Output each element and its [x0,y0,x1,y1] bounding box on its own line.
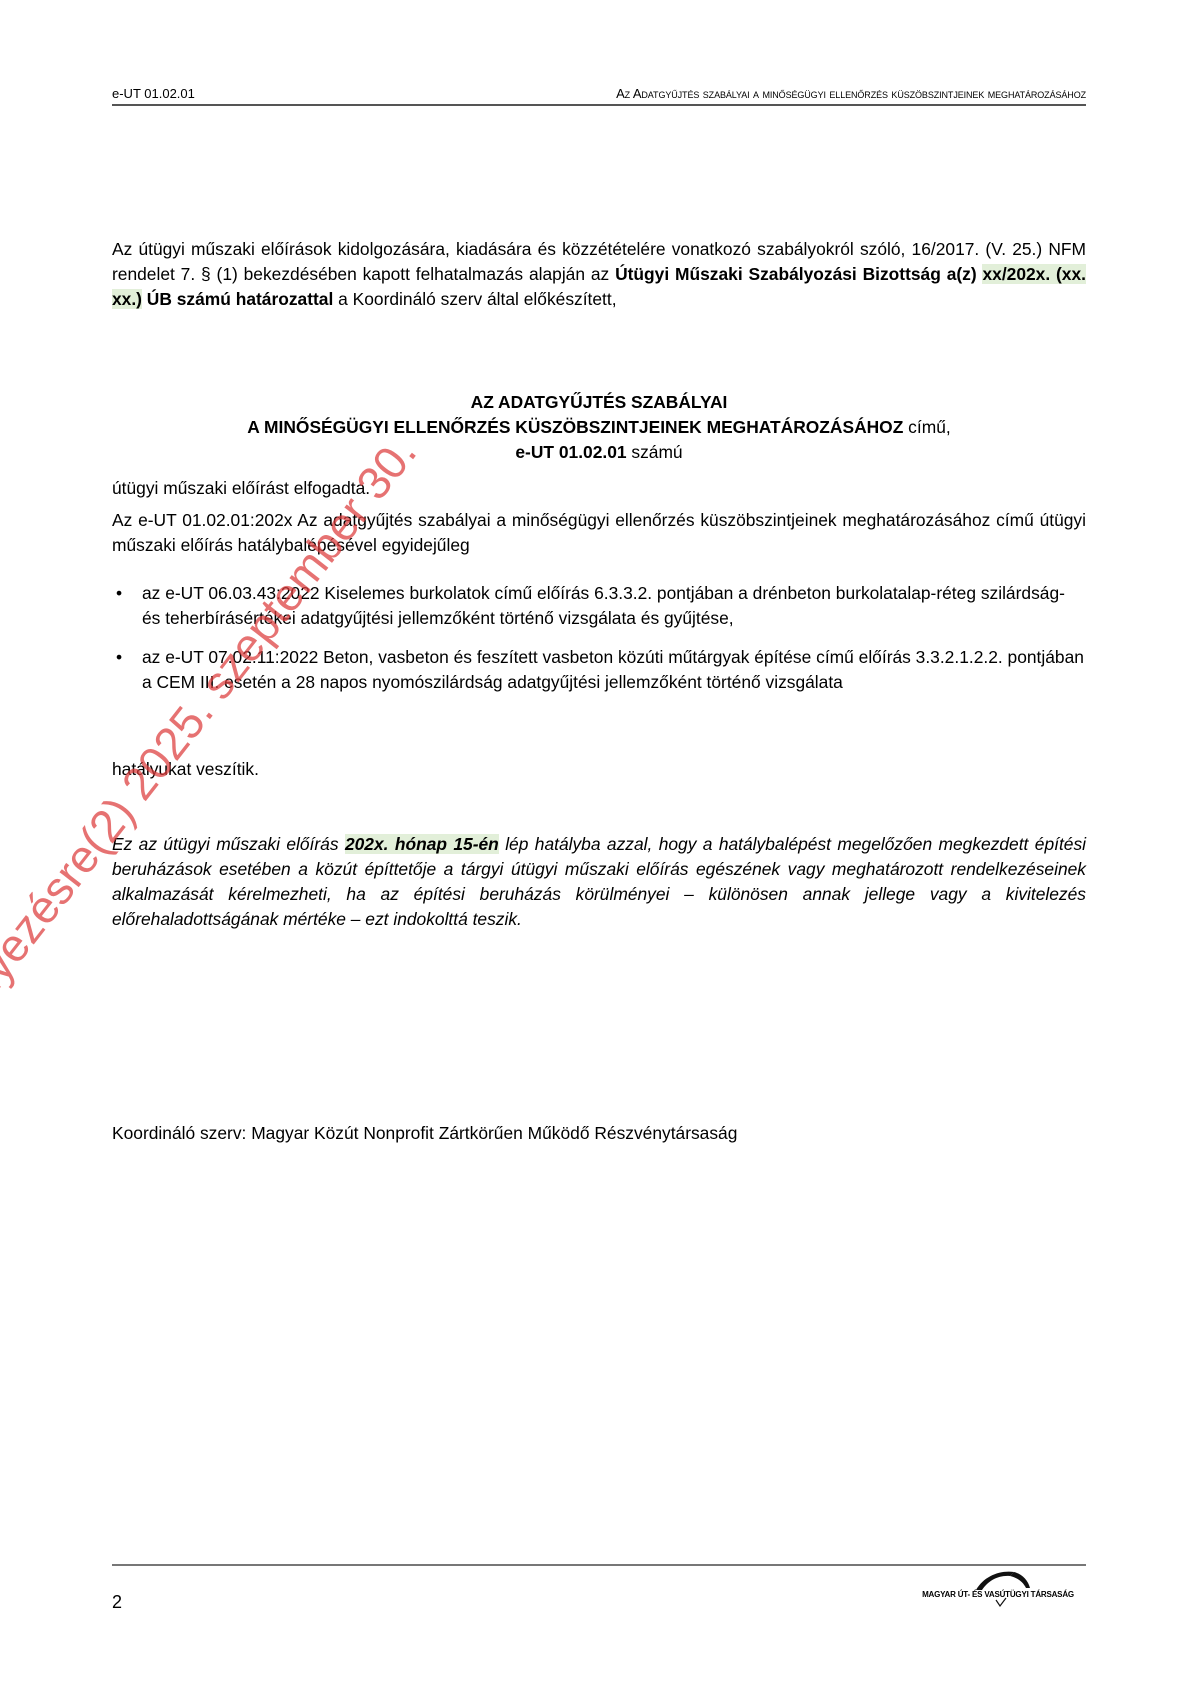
page-number: 2 [112,1592,122,1613]
repeal-intro-paragraph: Az e-UT 01.02.01:202x Az adatgyűjtés sza… [112,508,1086,558]
intro-text-end: a Koordináló szerv által előkészített, [333,289,616,309]
intro-paragraph: Az útügyi műszaki előírások kidolgozásár… [112,237,1086,312]
title-line-3-suffix: számú [627,442,683,462]
effective-date-paragraph: Ez az útügyi műszaki előírás 202x. hónap… [112,832,1086,932]
document-page: e-UT 01.02.01 Az Adatgyűjtés szabályai a… [0,0,1191,1684]
effective-prefix: Ez az útügyi műszaki előírás [112,834,345,854]
title-doc-code: e-UT 01.02.01 [515,442,626,462]
repealed-list: • az e-UT 06.03.43:2022 Kiselemes burkol… [112,581,1086,709]
coordinator-text: Koordináló szerv: Magyar Közút Nonprofit… [112,1121,1086,1146]
bullet-icon: • [116,645,122,670]
bullet-icon: • [116,581,122,606]
header-running-title: Az Adatgyűjtés szabályai a minőségügyi e… [616,86,1086,101]
intro-committee: Útügyi Műszaki Szabályozási Bizottság a(… [615,264,982,284]
list-item: • az e-UT 07.02.11:2022 Beton, vasbeton … [112,645,1086,695]
list-item: • az e-UT 06.03.43:2022 Kiselemes burkol… [112,581,1086,631]
page-header: e-UT 01.02.01 Az Adatgyűjtés szabályai a… [112,86,1086,106]
list-item-text: az e-UT 06.03.43:2022 Kiselemes burkolat… [142,583,1065,628]
list-item-text: az e-UT 07.02.11:2022 Beton, vasbeton és… [142,647,1084,692]
title-line-2-suffix: című, [903,417,950,437]
intro-resolution-label: ÚB számú határozattal [142,289,333,309]
lose-effect-text: hatályukat veszítik. [112,757,1086,782]
road-arc-icon [918,1566,1078,1610]
regulation-title: AZ ADATGYŰJTÉS SZABÁLYAI A MINŐSÉGÜGYI E… [112,390,1086,465]
header-doc-code: e-UT 01.02.01 [112,86,195,101]
title-line-2: A MINŐSÉGÜGYI ELLENŐRZÉS KÜSZÖBSZINTJEIN… [247,417,903,437]
effective-date-placeholder: 202x. hónap 15-én [345,834,499,854]
logo-text: MAGYAR ÚT- ÉS VASÚTÜGYI TÁRSASÁG [918,1590,1078,1599]
accepted-text: útügyi műszaki előírást elfogadta. [112,476,1086,501]
company-logo: MAGYAR ÚT- ÉS VASÚTÜGYI TÁRSASÁG [918,1566,1078,1610]
title-line-1: AZ ADATGYŰJTÉS SZABÁLYAI [471,392,728,412]
